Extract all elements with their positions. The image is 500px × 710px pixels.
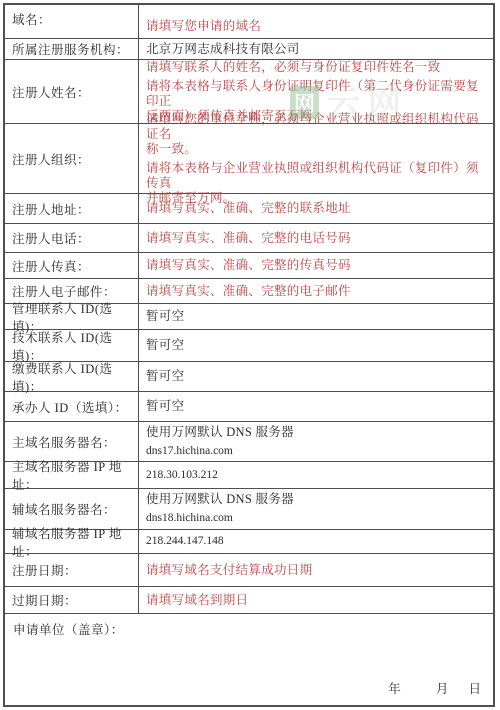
value-line: dns17.hichina.com	[146, 444, 487, 459]
table-row: 注册人组织：请填写您的单位全称，必须与企业营业执照或组织机构代码证名称一致。请将…	[5, 124, 493, 194]
row-label: 缴费联系人 ID(选填)：	[5, 362, 139, 391]
table-row: 管理联系人 ID(选填)：暂可空	[5, 304, 493, 330]
value-paragraph: 请填写域名支付结算成功日期	[146, 563, 487, 578]
value-line: 暂可空	[146, 369, 487, 384]
value-paragraph: 北京万网志成科技有限公司	[146, 42, 487, 57]
value-paragraph: 使用万网默认 DNS 服务器	[146, 425, 487, 440]
row-value: 218.244.147.148	[139, 530, 493, 553]
value-line: 称一致。	[146, 142, 487, 157]
row-label: 域名：	[5, 5, 139, 38]
table-row: 注册日期：请填写域名支付结算成功日期	[5, 554, 493, 587]
row-label: 主域名服务器 IP 地址：	[5, 462, 139, 488]
value-paragraph: 请填写真实、准确、完整的传真号码	[146, 258, 487, 273]
date-day-label: 日	[468, 679, 481, 697]
value-paragraph: 请填写您的单位全称，必须与企业营业执照或组织机构代码证名称一致。	[146, 112, 487, 157]
value-paragraph: 使用万网默认 DNS 服务器	[146, 492, 487, 507]
signature-row: 申请单位（盖章）： 年 月 日	[5, 614, 493, 705]
value-line: 使用万网默认 DNS 服务器	[146, 492, 487, 507]
form-table: 域名：请填写您申请的域名所属注册服务机构：北京万网志成科技有限公司注册人姓名：请…	[3, 3, 495, 707]
value-paragraph: 请填写域名到期日	[146, 593, 487, 608]
value-paragraph: 暂可空	[146, 309, 487, 324]
value-paragraph: 暂可空	[146, 399, 487, 414]
value-line: 北京万网志成科技有限公司	[146, 42, 487, 57]
row-value: 请填写域名到期日	[139, 587, 493, 613]
value-line: 请将本表格与企业营业执照或组织机构代码证（复印件）须传真	[146, 161, 487, 191]
value-line: 请填写域名到期日	[146, 593, 487, 608]
row-value: 北京万网志成科技有限公司	[139, 39, 493, 59]
row-value: 请填写真实、准确、完整的电话号码	[139, 224, 493, 252]
table-row: 注册人地址：请填写真实、准确、完整的联系地址	[5, 194, 493, 224]
value-paragraph: 请填写您申请的域名	[146, 19, 487, 34]
row-value: 请填写真实、准确、完整的传真号码	[139, 253, 493, 278]
value-paragraph: 218.30.103.212	[146, 468, 487, 483]
row-label: 注册人姓名：	[5, 60, 139, 123]
row-value: 暂可空	[139, 362, 493, 391]
value-line: 暂可空	[146, 338, 487, 353]
row-label: 注册人组织：	[5, 124, 139, 193]
value-line: 请填写真实、准确、完整的传真号码	[146, 258, 487, 273]
value-line: 请填写真实、准确、完整的电子邮件	[146, 284, 487, 299]
date-month-label: 月	[436, 679, 449, 697]
table-row: 承办人 ID（选填）：暂可空	[5, 392, 493, 422]
table-row: 域名：请填写您申请的域名	[5, 5, 493, 39]
row-value: 请填写域名支付结算成功日期	[139, 554, 493, 586]
value-paragraph: 请填写真实、准确、完整的联系地址	[146, 201, 487, 216]
value-paragraph: dns18.hichina.com	[146, 511, 487, 526]
date-year-label: 年	[388, 679, 401, 697]
signature-label: 申请单位（盖章）：	[13, 623, 124, 637]
value-line: 请将本表格与联系人身份证明复印件（第二代身份证需要复印正	[146, 79, 487, 109]
row-value: 暂可空	[139, 304, 493, 329]
table-row: 辅域名服务器 IP 地址：218.244.147.148	[5, 530, 493, 554]
row-label: 注册人地址：	[5, 194, 139, 223]
value-line: 暂可空	[146, 399, 487, 414]
value-paragraph: 请填写真实、准确、完整的电话号码	[146, 231, 487, 246]
row-value: 218.30.103.212	[139, 462, 493, 488]
value-line: 请填写真实、准确、完整的电话号码	[146, 231, 487, 246]
row-label: 主域名服务器名：	[5, 422, 139, 461]
row-value: 请填写您的单位全称，必须与企业营业执照或组织机构代码证名称一致。请将本表格与企业…	[139, 124, 493, 193]
value-line: 使用万网默认 DNS 服务器	[146, 425, 487, 440]
row-label: 所属注册服务机构：	[5, 39, 139, 59]
row-value: 暂可空	[139, 392, 493, 421]
row-label: 注册人传真：	[5, 253, 139, 278]
date-line: 年 月 日	[388, 679, 481, 697]
value-paragraph: 暂可空	[146, 369, 487, 384]
row-label: 技术联系人 ID(选填)：	[5, 330, 139, 361]
value-paragraph: 请填写联系人的姓名，必须与身份证复印件姓名一致	[146, 60, 487, 75]
form-document-page: 域名：请填写您申请的域名所属注册服务机构：北京万网志成科技有限公司注册人姓名：请…	[0, 0, 500, 710]
table-row: 注册人传真：请填写真实、准确、完整的传真号码	[5, 253, 493, 279]
value-line: 请填写您申请的域名	[146, 19, 487, 34]
value-line: 暂可空	[146, 309, 487, 324]
row-label: 注册人电话：	[5, 224, 139, 252]
table-row: 过期日期：请填写域名到期日	[5, 587, 493, 614]
value-line: 请填写您的单位全称，必须与企业营业执照或组织机构代码证名	[146, 112, 487, 142]
row-value: 使用万网默认 DNS 服务器dns17.hichina.com	[139, 422, 493, 461]
row-value: 请填写真实、准确、完整的电子邮件	[139, 279, 493, 303]
row-label: 辅域名服务器 IP 地址：	[5, 530, 139, 553]
value-line: dns18.hichina.com	[146, 511, 487, 526]
row-label: 注册日期：	[5, 554, 139, 586]
table-row: 缴费联系人 ID(选填)：暂可空	[5, 362, 493, 392]
row-value: 请填写您申请的域名	[139, 5, 493, 38]
row-label: 过期日期：	[5, 587, 139, 613]
value-line: 请填写域名支付结算成功日期	[146, 563, 487, 578]
value-paragraph: 218.244.147.148	[146, 534, 487, 549]
table-row: 主域名服务器 IP 地址：218.30.103.212	[5, 462, 493, 489]
row-value: 使用万网默认 DNS 服务器dns18.hichina.com	[139, 489, 493, 529]
row-label: 管理联系人 ID(选填)：	[5, 304, 139, 329]
value-line: 请填写真实、准确、完整的联系地址	[146, 201, 487, 216]
table-row: 所属注册服务机构：北京万网志成科技有限公司	[5, 39, 493, 60]
value-line: 218.30.103.212	[146, 468, 487, 483]
form-rows: 域名：请填写您申请的域名所属注册服务机构：北京万网志成科技有限公司注册人姓名：请…	[5, 5, 493, 614]
row-value: 请填写真实、准确、完整的联系地址	[139, 194, 493, 223]
value-line: 请填写联系人的姓名，必须与身份证复印件姓名一致	[146, 60, 487, 75]
value-paragraph: 请填写真实、准确、完整的电子邮件	[146, 284, 487, 299]
table-row: 注册人电话：请填写真实、准确、完整的电话号码	[5, 224, 493, 253]
value-line: 218.244.147.148	[146, 534, 487, 549]
table-row: 技术联系人 ID(选填)：暂可空	[5, 330, 493, 362]
value-paragraph: 暂可空	[146, 338, 487, 353]
value-paragraph: dns17.hichina.com	[146, 444, 487, 459]
row-value: 暂可空	[139, 330, 493, 361]
row-label: 承办人 ID（选填）：	[5, 392, 139, 421]
table-row: 主域名服务器名：使用万网默认 DNS 服务器dns17.hichina.com	[5, 422, 493, 462]
